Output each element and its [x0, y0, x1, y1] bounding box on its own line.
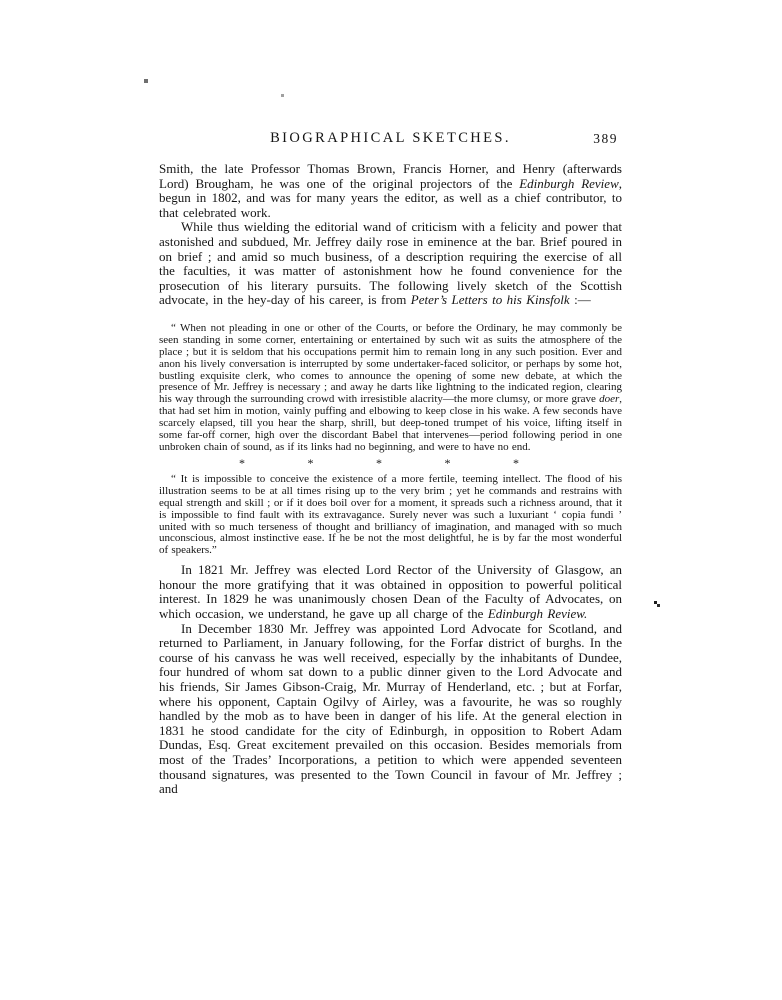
block-quote-courts: “ When not pleading in one or other of t…	[159, 323, 622, 454]
page-number: 389	[593, 131, 618, 147]
paragraph-lord-advocate: In December 1830 Mr. Jeffrey was appoint…	[159, 622, 622, 797]
paragraph-smith-brougham: Smith, the late Professor Thomas Brown, …	[159, 162, 622, 220]
block-quote-intellect: “ It is impossible to conceive the exist…	[159, 474, 622, 557]
page-title: BIOGRAPHICAL SKETCHES.	[270, 130, 511, 146]
running-head: BIOGRAPHICAL SKETCHES. 389	[159, 130, 622, 146]
asterisk-separator: *****	[239, 457, 519, 470]
text-column: BIOGRAPHICAL SKETCHES. 389 Smith, the la…	[159, 130, 622, 797]
scan-speck	[281, 94, 284, 97]
book-page-scan: BIOGRAPHICAL SKETCHES. 389 Smith, the la…	[0, 0, 782, 1000]
scan-speck	[654, 601, 657, 604]
paragraph-lord-rector: In 1821 Mr. Jeffrey was elected Lord Rec…	[159, 563, 622, 621]
scan-speck	[144, 79, 148, 83]
scan-speck	[479, 644, 482, 647]
paragraph-editorial-wand: While thus wielding the editorial wand o…	[159, 220, 622, 308]
